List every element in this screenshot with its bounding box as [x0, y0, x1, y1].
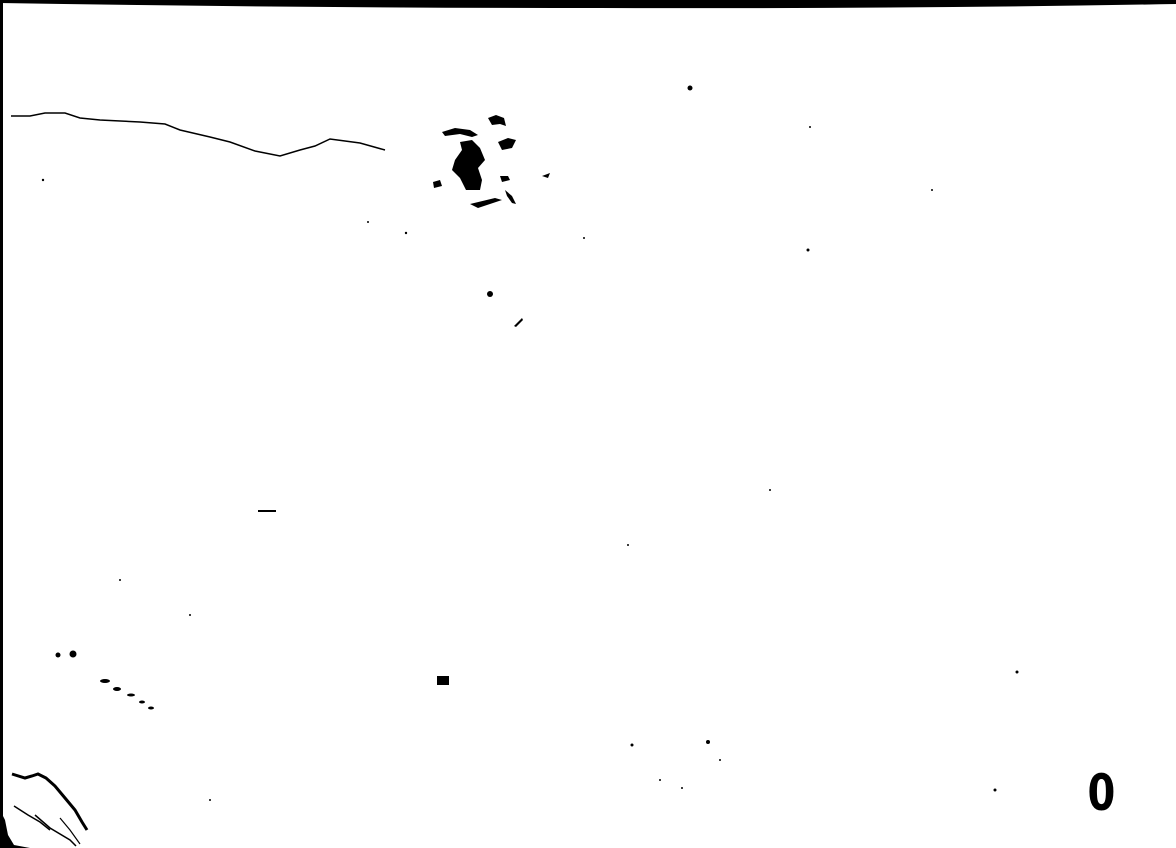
- specks: [42, 86, 1019, 802]
- thresholded-photo: [0, 0, 1176, 848]
- distant-figure: [433, 115, 550, 208]
- horizon-line: [11, 113, 385, 156]
- diagonal-streak: [56, 651, 155, 710]
- corner-object: [0, 774, 87, 848]
- left-edge: [0, 0, 3, 848]
- top-border: [0, 0, 1176, 8]
- frame-marker: 0: [1087, 768, 1115, 818]
